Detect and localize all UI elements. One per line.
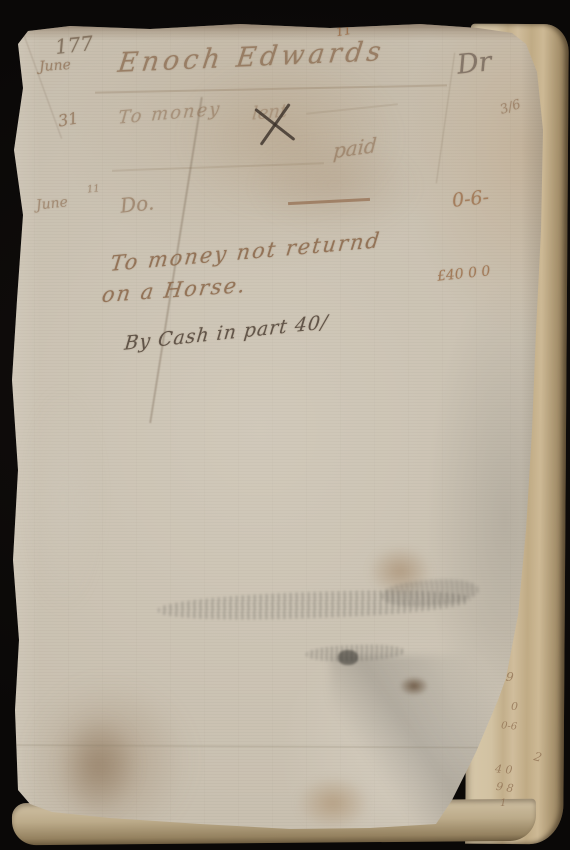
stain [399, 676, 429, 696]
under-page-numeral: 0 [511, 700, 518, 713]
paper-crease [436, 53, 456, 184]
stain [58, 716, 138, 816]
stain [368, 546, 432, 596]
photo-background: 177 June Enoch Edwards Dr 11 31 To money… [0, 0, 570, 850]
entry1-description: To money [117, 98, 222, 128]
under-page-numeral: 0-6 [501, 720, 518, 732]
debit-abbreviation: Dr [455, 46, 493, 80]
under-page-numeral: 9 [505, 670, 514, 685]
entry3-description-line2: on a Horse. [100, 273, 248, 307]
entry2-amount: 0-6- [451, 186, 490, 212]
under-page-numeral: 4 0 [494, 762, 513, 776]
paper-crease [15, 745, 527, 749]
entry2-month: June [35, 194, 68, 213]
entry-year: 177 [54, 31, 94, 59]
entry2-day: 11 [86, 183, 100, 195]
folio-number: 11 [335, 23, 352, 39]
entry2-dash-line [288, 198, 370, 205]
pencil-smudge [381, 577, 479, 610]
entry-month: June [38, 57, 71, 75]
entry1-rule-line [112, 162, 324, 171]
under-page-numeral: 9 8 [495, 780, 514, 795]
pencil-smudge [158, 587, 471, 624]
ledger-page: 177 June Enoch Edwards Dr 11 31 To money… [0, 0, 570, 850]
entry1-paid-note: paid [332, 133, 377, 164]
entry4-description: By Cash in part 40/ [123, 311, 329, 355]
entry3-amount: £40 0 0 [436, 263, 491, 284]
account-name: Enoch Edwards [116, 36, 387, 79]
header-rule-line [95, 84, 447, 93]
under-page-numeral: 1 [500, 798, 506, 809]
pencil-smudge [338, 650, 358, 665]
entry1-amount: 3/6 [498, 97, 523, 118]
stain [28, 390, 98, 610]
entry1-day: 31 [57, 108, 80, 130]
entry3-description-line1: To money not returnd [109, 228, 382, 276]
stain [296, 776, 370, 830]
pencil-smudge [306, 643, 404, 662]
entry2-ditto: Do. [119, 190, 155, 217]
cross-out-mark [250, 100, 300, 146]
entry1-flourish-line [306, 103, 398, 114]
